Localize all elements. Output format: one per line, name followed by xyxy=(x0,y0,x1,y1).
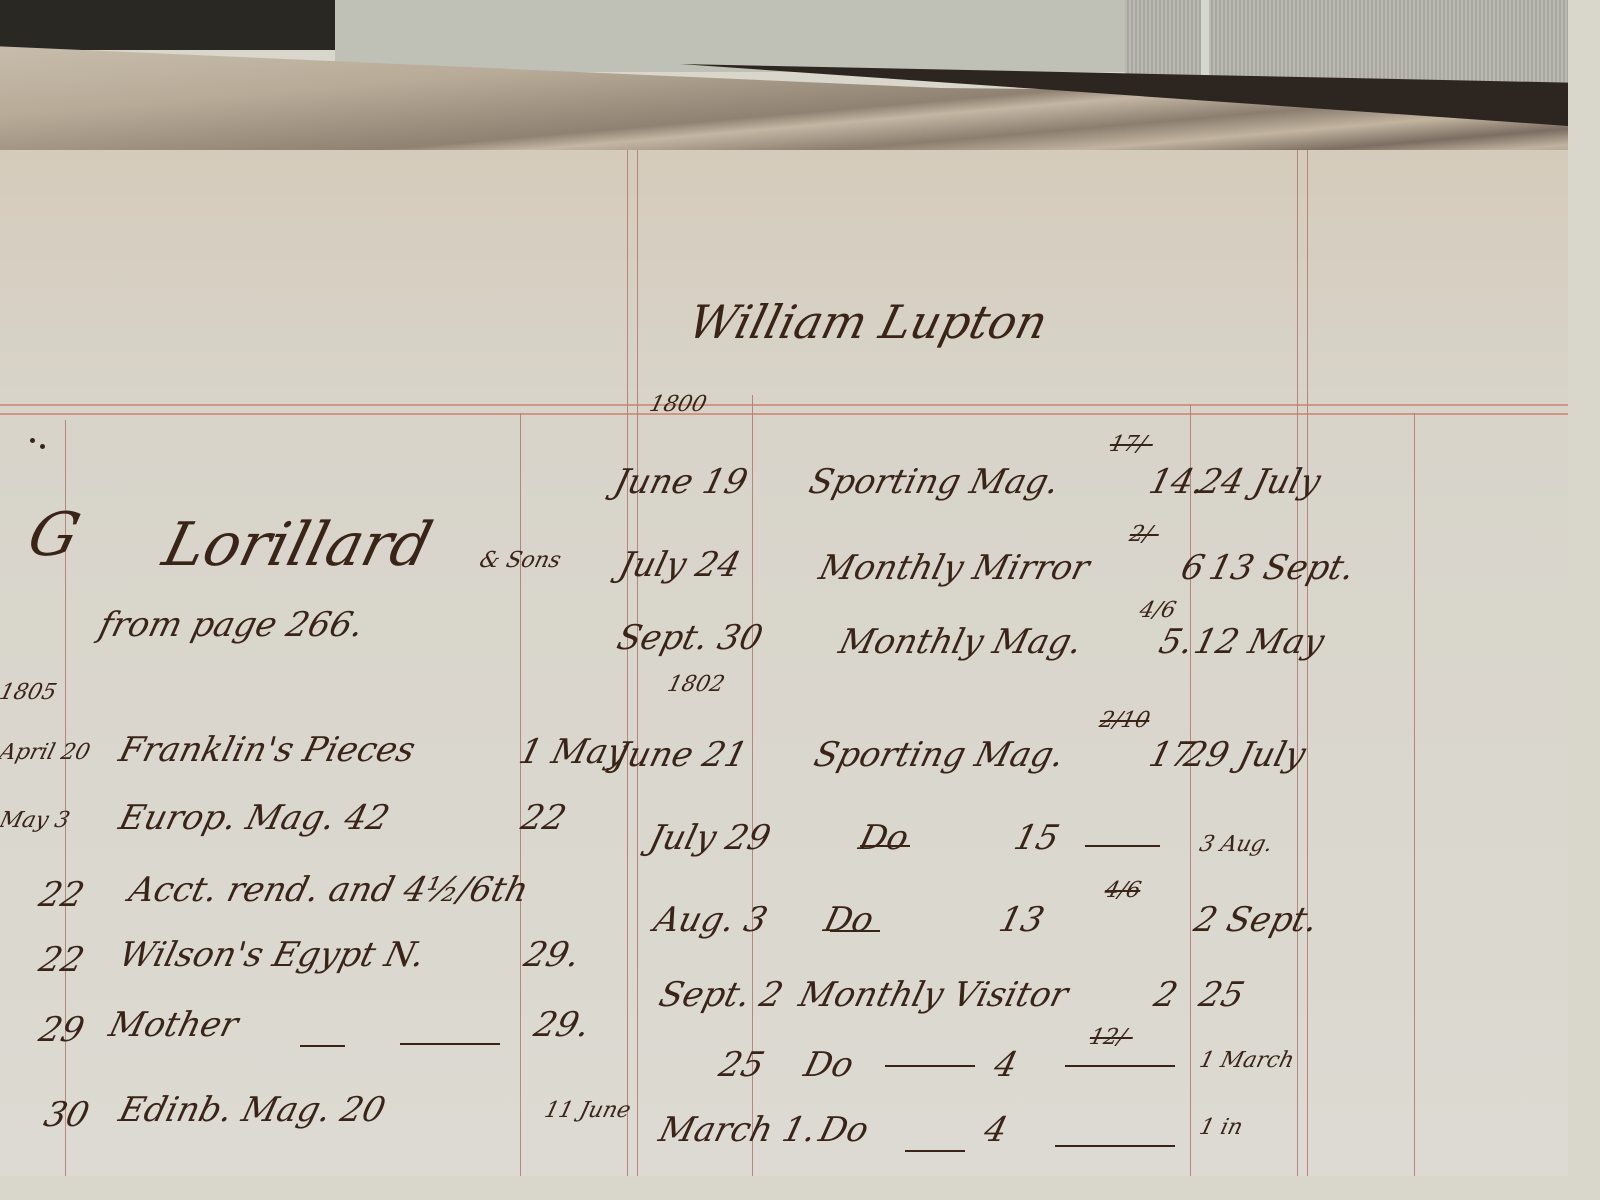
entry-due: 13 Sept. xyxy=(1205,548,1359,588)
background-dark-surface xyxy=(0,0,335,50)
dash-stroke xyxy=(1055,1145,1175,1147)
entry-due: 24 July xyxy=(1195,462,1325,502)
ruling-vertical xyxy=(637,150,638,1176)
entry-date: March 1. xyxy=(655,1110,821,1150)
dash-stroke xyxy=(300,1045,345,1047)
entry-item: Acct. rend. and 4½/6th xyxy=(125,870,533,910)
background-card xyxy=(335,0,1125,72)
entry-due: 12 May xyxy=(1190,622,1328,662)
dash-stroke xyxy=(400,1043,500,1045)
dash-stroke xyxy=(1085,845,1160,847)
entry-date: Sept. 30 xyxy=(613,618,767,658)
entry-item: Edinb. Mag. 20 xyxy=(115,1090,389,1130)
entry-due: 1 March xyxy=(1197,1048,1297,1073)
ruling-vertical xyxy=(627,150,628,1176)
struck-amount: 12/- xyxy=(1087,1025,1136,1050)
entry-item: Sporting Mag. xyxy=(810,735,1068,775)
entry-item: Sporting Mag. xyxy=(805,462,1063,502)
entry-due: 2 Sept. xyxy=(1190,900,1322,940)
entry-date: April 20 xyxy=(0,740,93,765)
entry-item: Wilson's Egypt N. xyxy=(115,935,429,975)
entry-date: May 3 xyxy=(0,808,72,833)
entry-due: 29. xyxy=(530,1005,594,1045)
entry-item: Monthly Mag. xyxy=(835,622,1086,662)
entry-item: Do xyxy=(820,900,878,940)
dash-stroke xyxy=(860,845,910,847)
entry-due: 29. xyxy=(520,935,584,975)
year-label: 1802 xyxy=(665,672,727,697)
entry-item: Do xyxy=(815,1110,873,1150)
ink-blot xyxy=(30,438,35,443)
entry-item: Do xyxy=(855,818,913,858)
entry-date: Aug. 3 xyxy=(650,900,771,940)
dash-stroke xyxy=(830,930,880,932)
ruling-horizontal xyxy=(0,413,1568,415)
account-suffix: & Sons xyxy=(477,548,564,573)
ruling-vertical xyxy=(1297,150,1298,1176)
entry-due: 1 in xyxy=(1197,1115,1245,1140)
entry-date: Sept. 2 xyxy=(655,975,787,1015)
struck-amount: 17/- xyxy=(1107,432,1156,457)
struck-amount: 4/6 xyxy=(1137,598,1179,623)
entry-due: 3 Aug. xyxy=(1197,832,1275,857)
dash-stroke xyxy=(905,1150,965,1152)
entry-item: Franklin's Pieces xyxy=(115,730,419,770)
dash-stroke xyxy=(1065,1065,1175,1067)
entry-item: Mother xyxy=(105,1005,242,1045)
year-label: 1800 xyxy=(647,392,709,417)
entry-item: Europ. Mag. 42 xyxy=(115,798,394,838)
ruling-vertical xyxy=(1190,405,1191,1176)
entry-date: June 21 xyxy=(610,735,752,775)
ruling-horizontal xyxy=(0,404,1568,406)
struck-amount: 2/- xyxy=(1127,522,1162,547)
account-name: Lorillard xyxy=(156,510,439,580)
entry-item: Do xyxy=(800,1045,858,1085)
struck-amount: 2/10 xyxy=(1097,708,1153,733)
entry-item: Monthly Visitor xyxy=(795,975,1072,1015)
year-label: 1805 xyxy=(0,680,59,705)
entry-due: 11 June xyxy=(542,1098,633,1123)
ruling-vertical xyxy=(520,413,521,1176)
entry-date: July 29 xyxy=(645,818,775,858)
struck-amount: 4/6 xyxy=(1102,878,1144,903)
entry-date: June 19 xyxy=(610,462,752,502)
dash-stroke xyxy=(885,1065,975,1067)
account-name: William Lupton xyxy=(683,295,1053,349)
ruling-vertical xyxy=(1307,150,1308,1176)
entry-date: July 24 xyxy=(615,545,745,585)
ruling-vertical xyxy=(1414,413,1415,1176)
ink-blot xyxy=(40,444,45,449)
carried-forward: from page 266. xyxy=(95,605,368,645)
entry-item: Monthly Mirror xyxy=(815,548,1094,588)
entry-due: 29 July xyxy=(1180,735,1310,775)
